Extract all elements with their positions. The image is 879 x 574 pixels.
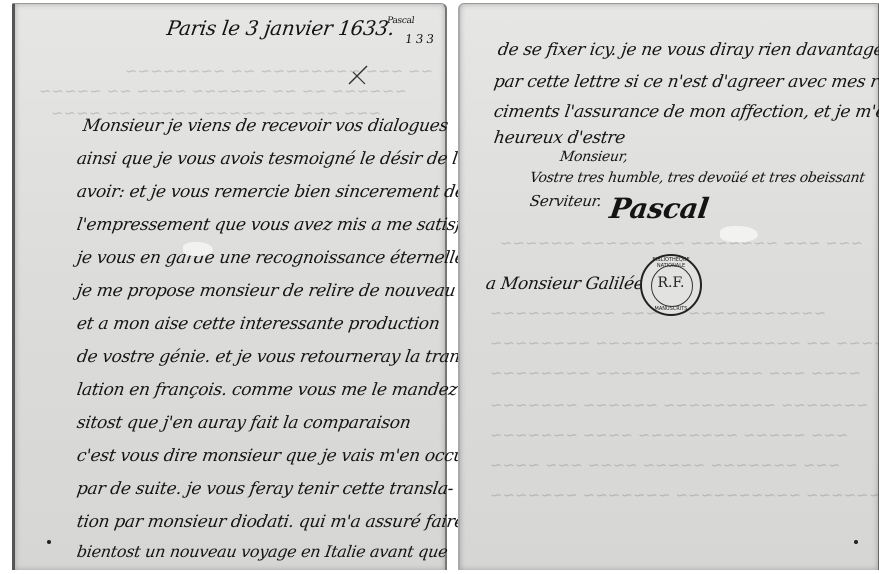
letter-line: l'empressement que vous avez mis a me sa… [76, 215, 496, 235]
archive-label: Pascal [386, 16, 415, 26]
letter-line: tion par monsieur diodati. qui m'a assur… [76, 512, 466, 532]
letter-page-left: ~~ ~~~ ~~~~~~~~ ~~ ~~~~~~~~ ~~~~~~ ~~ ~~… [12, 3, 447, 570]
paper-tear [720, 226, 758, 242]
bleed-through-text: ~~~ ~~~~~~~ ~~~~~ ~~~~ ~~~ ~~~~ [489, 456, 842, 474]
letter-line: par cette lettre si ce n'est d'agreer av… [493, 72, 879, 92]
letter-line: et a mon aise cette interessante product… [76, 314, 441, 334]
bleed-through-text: ~~~~ ~~~ ~~~~~~ ~~~~~~~ ~~~~~~~~ [489, 364, 862, 382]
ink-spot [47, 540, 51, 544]
letter-line: par de suite. je vous feray tenir cette … [76, 479, 455, 499]
letter-salutation: Monsieur, [559, 149, 629, 165]
stamp-top-text: BIBLIOTHEQUE NATIONALE [642, 257, 700, 269]
bleed-through-text: ~~~~~~~ ~~~~~~~~~ ~~~~~~ ~~~~~~~ [489, 396, 870, 414]
letter-line: avoir: et je vous remercie bien sincerem… [76, 182, 466, 202]
stamp-bottom-text: MANUSCRITS [642, 306, 700, 312]
letter-dateline: Paris le 3 janvier 1633. [165, 16, 396, 40]
letter-line: je vous en garde une recognoissance éter… [76, 248, 466, 268]
letter-line: sitost que j'en auray fait la comparaiso… [76, 413, 412, 433]
paper-tear [183, 242, 213, 256]
letter-line: de se fixer icy. je ne vous diray rien d… [497, 40, 879, 60]
letter-line: je me propose monsieur de relire de nouv… [76, 281, 457, 301]
bleed-through-text: ~~~~ ~~ ~~~~~~~~~ ~~~~~~~ ~~~~~~~~ [489, 334, 879, 352]
letter-line: Monsieur je viens de recevoir vos dialog… [82, 116, 450, 136]
letter-closing: Vostre tres humble, tres devoüé et tres … [529, 170, 866, 186]
cross-mark-icon [347, 64, 369, 86]
library-stamp: BIBLIOTHEQUE NATIONALE R.F. MANUSCRITS [640, 254, 702, 316]
letter-address: a Monsieur Galilée [485, 274, 645, 294]
letter-page-right: ~~~ ~~~ ~~~~~~~ ~~ ~~~~~~ ~~~~~~ ~~~~~~~… [458, 3, 879, 570]
letter-line: de vostre génie. et je vous retourneray … [76, 347, 476, 367]
bleed-through-text: ~~~ ~~~ ~~~~~~~ ~~ ~~~~~~ ~~~~~~ [499, 234, 864, 252]
letter-line: bientost un nouveau voyage en Italie ava… [76, 542, 449, 561]
letter-line: heureux d'estre [493, 128, 627, 148]
letter-line: c'est vous dire monsieur que je vais m'e… [76, 446, 494, 466]
letter-closing: Serviteur. [529, 192, 603, 210]
folio-number: 133 [404, 32, 438, 46]
bleed-through-text: ~~~ ~~~~~ ~~~~~~~~ ~~~~ ~~~~~~~ [489, 426, 849, 444]
stamp-center-text: R.F. [642, 275, 700, 291]
letter-line: ainsi que je vous avois tesmoigné le dés… [76, 149, 477, 169]
letter-line: lation en françois. comme vous me le man… [76, 380, 459, 400]
letter-line: ciments l'assurance de mon affection, et… [493, 102, 879, 122]
bleed-through-text: ~~~~~~ ~~~~~~~~~~ ~~~~~~~ ~~~~~~~ [489, 486, 879, 504]
ink-spot [854, 540, 858, 544]
bleed-through-text: ~~ ~~~ ~~~~~~~~ ~~ ~~~~~~~~ [124, 62, 434, 80]
signature: Pascal [608, 192, 711, 225]
